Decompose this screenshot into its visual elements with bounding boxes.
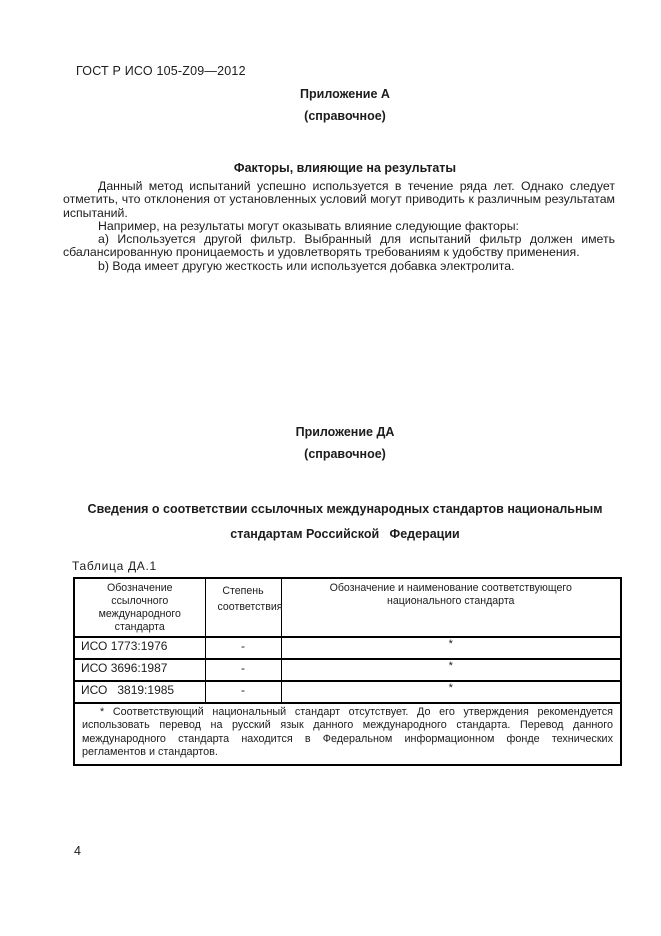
- paragraph-factor-a: a) Используется другой фильтр. Выбранный…: [63, 233, 615, 260]
- table-footnote-row: * Соответствующий национальный стандарт …: [74, 703, 621, 765]
- cell-standard: ИСО 1773:1976: [74, 637, 205, 659]
- table-row: ИСО 3696:1987 - *: [74, 659, 621, 681]
- cell-national: *: [281, 637, 621, 659]
- table-header-row: Обозначение ссылочного международного ст…: [74, 578, 621, 637]
- table-row: ИСО 3819:1985 - *: [74, 681, 621, 703]
- cell-degree: -: [205, 637, 281, 659]
- paragraph-intro: Данный метод испытаний успешно используе…: [63, 180, 615, 220]
- header-national-standard: Обозначение и наименование соответствующ…: [281, 578, 621, 637]
- doc-code: ГОСТ Р ИСО 105-Z09—2012: [76, 64, 246, 78]
- page-number: 4: [74, 844, 81, 858]
- table-footnote: * Соответствующий национальный стандарт …: [74, 703, 621, 765]
- appendix-a-subtitle: (справочное): [70, 109, 620, 123]
- cell-degree: -: [205, 659, 281, 681]
- reference-standards-table: Обозначение ссылочного международного ст…: [73, 577, 622, 766]
- cell-degree: -: [205, 681, 281, 703]
- cell-standard: ИСО 3819:1985: [74, 681, 205, 703]
- cell-national: *: [281, 681, 621, 703]
- document-page: { "page": { "doc_code": "ГОСТ Р ИСО 105-…: [0, 0, 661, 936]
- header-degree-of-conformity: Степень соответствия: [205, 578, 281, 637]
- appendix-a-body: Данный метод испытаний успешно используе…: [63, 180, 615, 273]
- table-caption: Таблица ДА.1: [72, 559, 157, 573]
- paragraph-example: Например, на результаты могут оказывать …: [63, 220, 615, 233]
- paragraph-factor-b: b) Вода имеет другую жесткость или испол…: [63, 260, 615, 273]
- cell-standard: ИСО 3696:1987: [74, 659, 205, 681]
- table-row: ИСО 1773:1976 - *: [74, 637, 621, 659]
- cell-national: *: [281, 659, 621, 681]
- footnote-text: * Соответствующий национальный стандарт …: [82, 706, 613, 759]
- appendix-da-heading-line1: Сведения о соответствии ссылочных междун…: [70, 502, 620, 516]
- appendix-da-heading-line2: стандартам Российской Федерации: [70, 527, 620, 541]
- appendix-da-title: Приложение ДА: [70, 425, 620, 439]
- appendix-da-subtitle: (справочное): [70, 447, 620, 461]
- header-standard-designation: Обозначение ссылочного международного ст…: [74, 578, 205, 637]
- appendix-a-heading: Факторы, влияющие на результаты: [70, 161, 620, 175]
- appendix-a-title: Приложение А: [70, 87, 620, 101]
